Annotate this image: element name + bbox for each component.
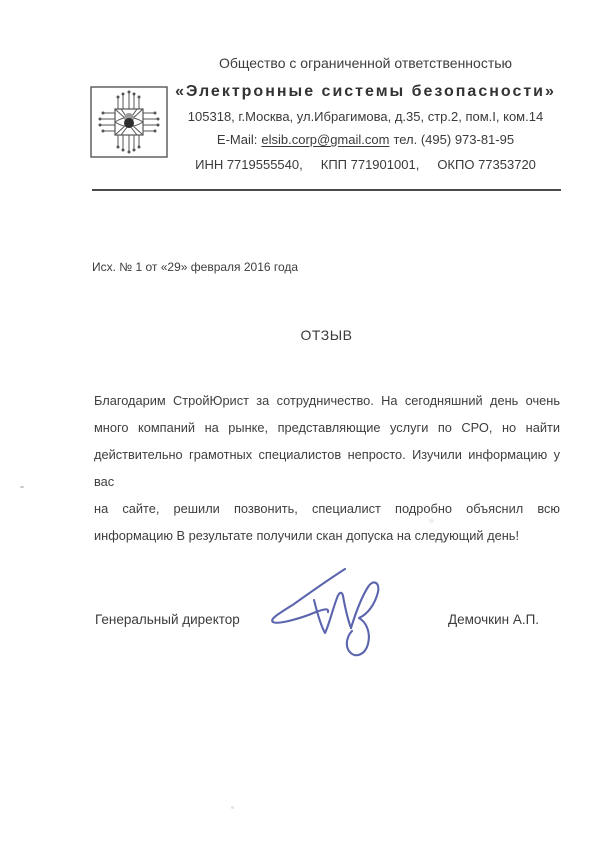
signature-stroke-middle xyxy=(314,593,351,633)
handwritten-signature xyxy=(256,556,396,668)
letterhead-divider-rule xyxy=(92,189,561,191)
org-type: Общество с ограниченной ответственностью xyxy=(160,55,571,72)
letter-body-line: действительно грамотных специалистов неп… xyxy=(94,441,560,495)
inn-code: ИНН 7719555540, xyxy=(195,157,303,173)
org-registration-codes: ИНН 7719555540,КПП 771901001,ОКПО 773537… xyxy=(160,157,571,173)
outgoing-reference: Исх. № 1 от «29» февраля 2016 года xyxy=(92,260,298,275)
email-label: E-Mail: xyxy=(217,132,257,147)
email-address: elsib.corp@gmail.com xyxy=(261,132,389,147)
signature-stroke-tail xyxy=(347,582,378,655)
letter-body: Благодарим СтройЮрист за сотрудничество.… xyxy=(94,387,560,549)
letter-body-line: информацию В результате получили скан до… xyxy=(94,522,560,549)
scan-speck xyxy=(231,806,234,809)
letter-body-line: много компаний на рынке, представляющие … xyxy=(94,414,560,441)
org-name: «Электронные системы безопасности» xyxy=(160,81,571,103)
signature-stroke-flourish xyxy=(272,569,345,623)
phone-number: тел. (495) 973-81-95 xyxy=(393,132,514,147)
scanned-letter-page: Общество с ограниченной ответственностью… xyxy=(0,0,595,841)
signoff-position: Генеральный директор xyxy=(95,611,240,628)
scan-speck xyxy=(20,486,24,488)
letter-body-line: Благодарим СтройЮрист за сотрудничество.… xyxy=(94,387,560,414)
letterhead-text: Общество с ограниченной ответственностью… xyxy=(160,55,571,173)
letter-title: ОТЗЫВ xyxy=(92,327,561,344)
security-eye-chip-logo-icon xyxy=(90,86,168,158)
scan-speck xyxy=(429,519,434,523)
okpo-code: ОКПО 77353720 xyxy=(437,157,536,173)
logo-pupil xyxy=(124,118,134,128)
org-address: 105318, г.Москва, ул.Ибрагимова, д.35, с… xyxy=(160,109,571,125)
org-contacts: E-Mail:elsib.corp@gmail.comтел. (495) 97… xyxy=(160,132,571,148)
signoff-name: Демочкин А.П. xyxy=(448,611,539,628)
letter-body-line: на сайте, решили позвонить, специалист п… xyxy=(94,495,560,522)
kpp-code: КПП 771901001, xyxy=(321,157,420,173)
